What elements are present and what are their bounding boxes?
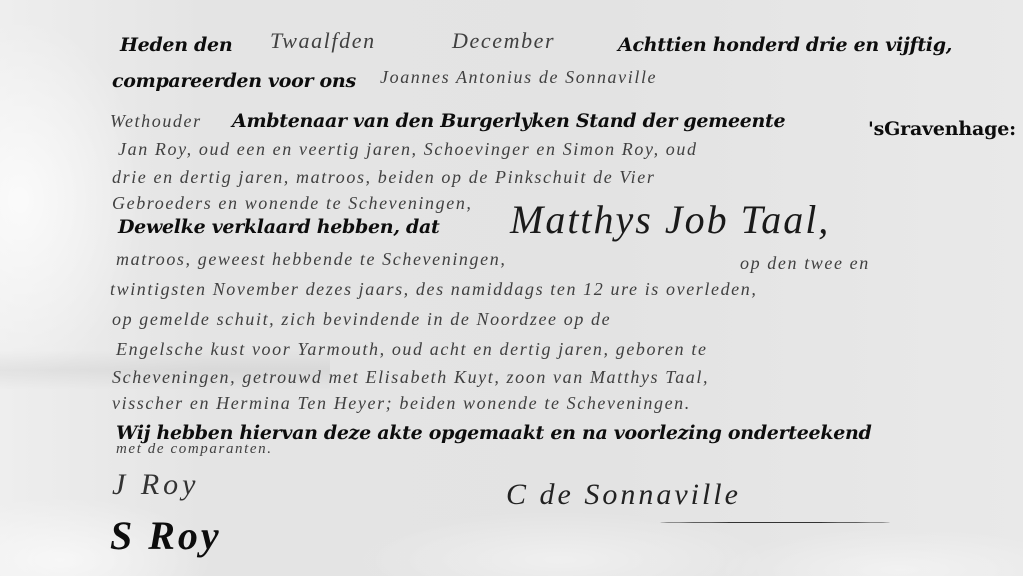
printed-heden-den: Heden den	[120, 36, 232, 55]
handwritten-death-place: op gemelde schuit, zich bevindende in de…	[112, 310, 611, 328]
signature-official-underline	[660, 522, 890, 523]
handwritten-occupation: matroos, geweest hebbende te Scheveninge…	[116, 250, 506, 268]
handwritten-deceased-name: Matthys Job Taal,	[510, 200, 830, 240]
handwritten-mother: visscher en Hermina Ten Heyer; beiden wo…	[112, 394, 691, 412]
handwritten-place-age: Engelsche kust voor Yarmouth, oud acht e…	[116, 340, 708, 358]
printed-year: Achttien honderd drie en vijftig,	[618, 36, 952, 55]
signature-witness-2: S Roy	[110, 516, 222, 556]
printed-compareerden: compareerden voor ons	[112, 72, 356, 91]
handwritten-official-name: Joannes Antonius de Sonnaville	[380, 68, 657, 86]
printed-ambtenaar: Ambtenaar van den Burgerlyken Stand der …	[232, 112, 785, 131]
handwritten-witness-1-details: Jan Roy, oud een en veertig jaren, Schoe…	[118, 140, 698, 158]
handwritten-witness-residence: Gebroeders en wonende te Scheveningen,	[112, 194, 473, 212]
printed-municipality: 'sGravenhage:	[868, 120, 1016, 139]
handwritten-comparanten: met de comparanten.	[116, 442, 273, 457]
handwritten-witness-2-details: drie en dertig jaren, matroos, beiden op…	[112, 168, 655, 186]
signature-witness-1: J Roy	[112, 470, 199, 500]
handwritten-month: December	[452, 30, 555, 52]
printed-dewelke: Dewelke verklaard hebben, dat	[118, 218, 439, 237]
handwritten-day: Twaalfden	[270, 30, 376, 52]
handwritten-death-date: twintigsten November dezes jaars, des na…	[110, 280, 757, 298]
scanned-document-page: Heden den Twaalfden December Achttien ho…	[0, 0, 1023, 576]
handwritten-official-title: Wethouder	[110, 112, 202, 130]
signature-official: C de Sonnaville	[506, 480, 741, 510]
handwritten-date-start: op den twee en	[740, 254, 870, 272]
handwritten-spouse-father: Scheveningen, getrouwd met Elisabeth Kuy…	[112, 368, 709, 386]
